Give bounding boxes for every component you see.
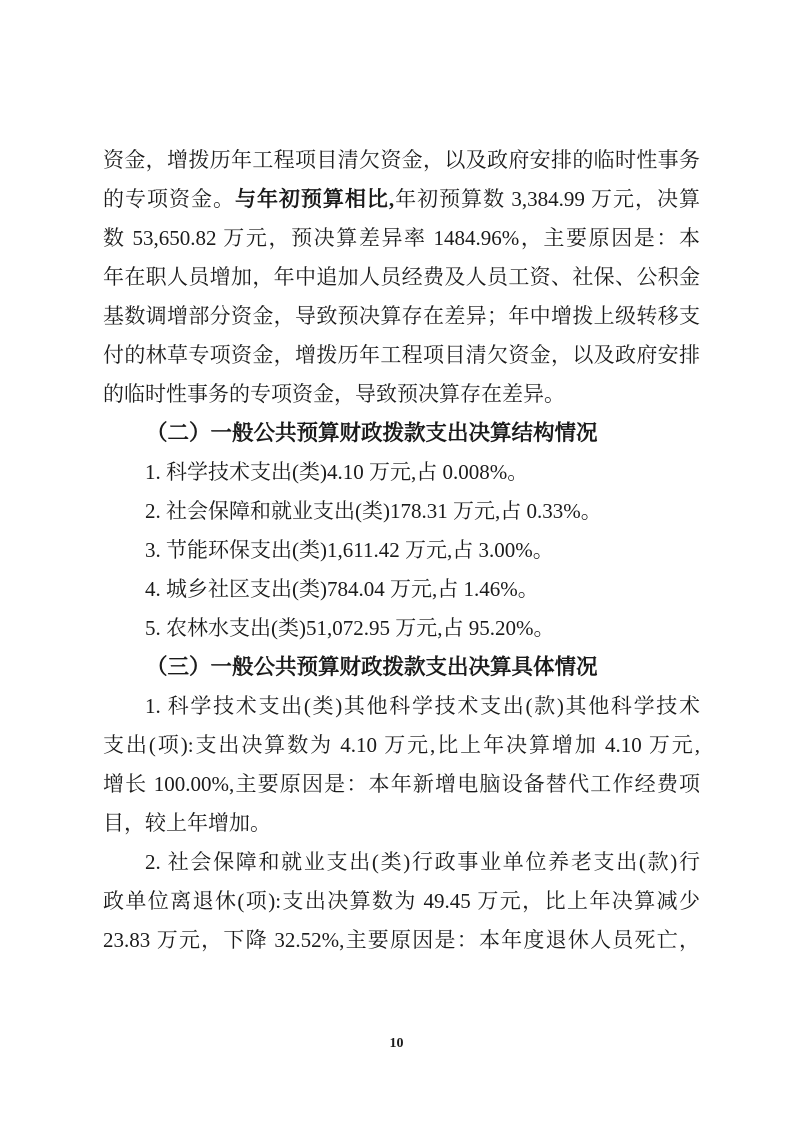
list-item: 2. 社会保障和就业支出(类)178.31 万元,占 0.33%。 — [103, 492, 700, 531]
paragraph-line: 的临时性事务的专项资金，导致预决算存在差异。 — [103, 375, 700, 414]
paragraph-line: 目，较上年增加。 — [103, 804, 700, 843]
paragraph-line: 23.83 万元，下降 32.52%,主要原因是：本年度退休人员死亡， — [103, 921, 700, 960]
paragraph-line: 的专项资金。与年初预算相比,年初预算数 3,384.99 万元，决算 — [103, 180, 700, 219]
paragraph-line: 增长 100.00%,主要原因是：本年新增电脑设备替代工作经费项 — [103, 765, 700, 804]
text-segment: 年初预算数 3,384.99 万元，决算 — [394, 187, 700, 211]
paragraph-line: 支出(项):支出决算数为 4.10 万元,比上年决算增加 4.10 万元, — [103, 726, 700, 765]
paragraph-line: 数 53,650.82 万元，预决算差异率 1484.96%，主要原因是：本 — [103, 219, 700, 258]
paragraph-line: 资金，增拨历年工程项目清欠资金，以及政府安排的临时性事务 — [103, 141, 700, 180]
paragraph-line: 年在职人员增加，年中追加人员经费及人员工资、社保、公积金 — [103, 258, 700, 297]
list-item: 4. 城乡社区支出(类)784.04 万元,占 1.46%。 — [103, 570, 700, 609]
bold-text-segment: 与年初预算相比, — [235, 187, 394, 211]
paragraph-line: 2. 社会保障和就业支出(类)行政事业单位养老支出(款)行 — [103, 843, 700, 882]
section-heading-3: （三）一般公共预算财政拨款支出决算具体情况 — [103, 648, 700, 687]
document-body: 资金，增拨历年工程项目清欠资金，以及政府安排的临时性事务 的专项资金。与年初预算… — [103, 141, 700, 960]
list-item: 3. 节能环保支出(类)1,611.42 万元,占 3.00%。 — [103, 531, 700, 570]
paragraph-line: 1. 科学技术支出(类)其他科学技术支出(款)其他科学技术 — [103, 687, 700, 726]
section-heading-2: （二）一般公共预算财政拨款支出决算结构情况 — [103, 414, 700, 453]
paragraph-line: 付的林草专项资金，增拨历年工程项目清欠资金，以及政府安排 — [103, 336, 700, 375]
list-item: 1. 科学技术支出(类)4.10 万元,占 0.008%。 — [103, 453, 700, 492]
paragraph-line: 基数调增部分资金，导致预决算存在差异；年中增拨上级转移支 — [103, 297, 700, 336]
page-number: 10 — [0, 1036, 793, 1052]
text-segment: 的专项资金。 — [103, 187, 235, 211]
list-item: 5. 农林水支出(类)51,072.95 万元,占 95.20%。 — [103, 609, 700, 648]
paragraph-line: 政单位离退休(项):支出决算数为 49.45 万元，比上年决算减少 — [103, 882, 700, 921]
